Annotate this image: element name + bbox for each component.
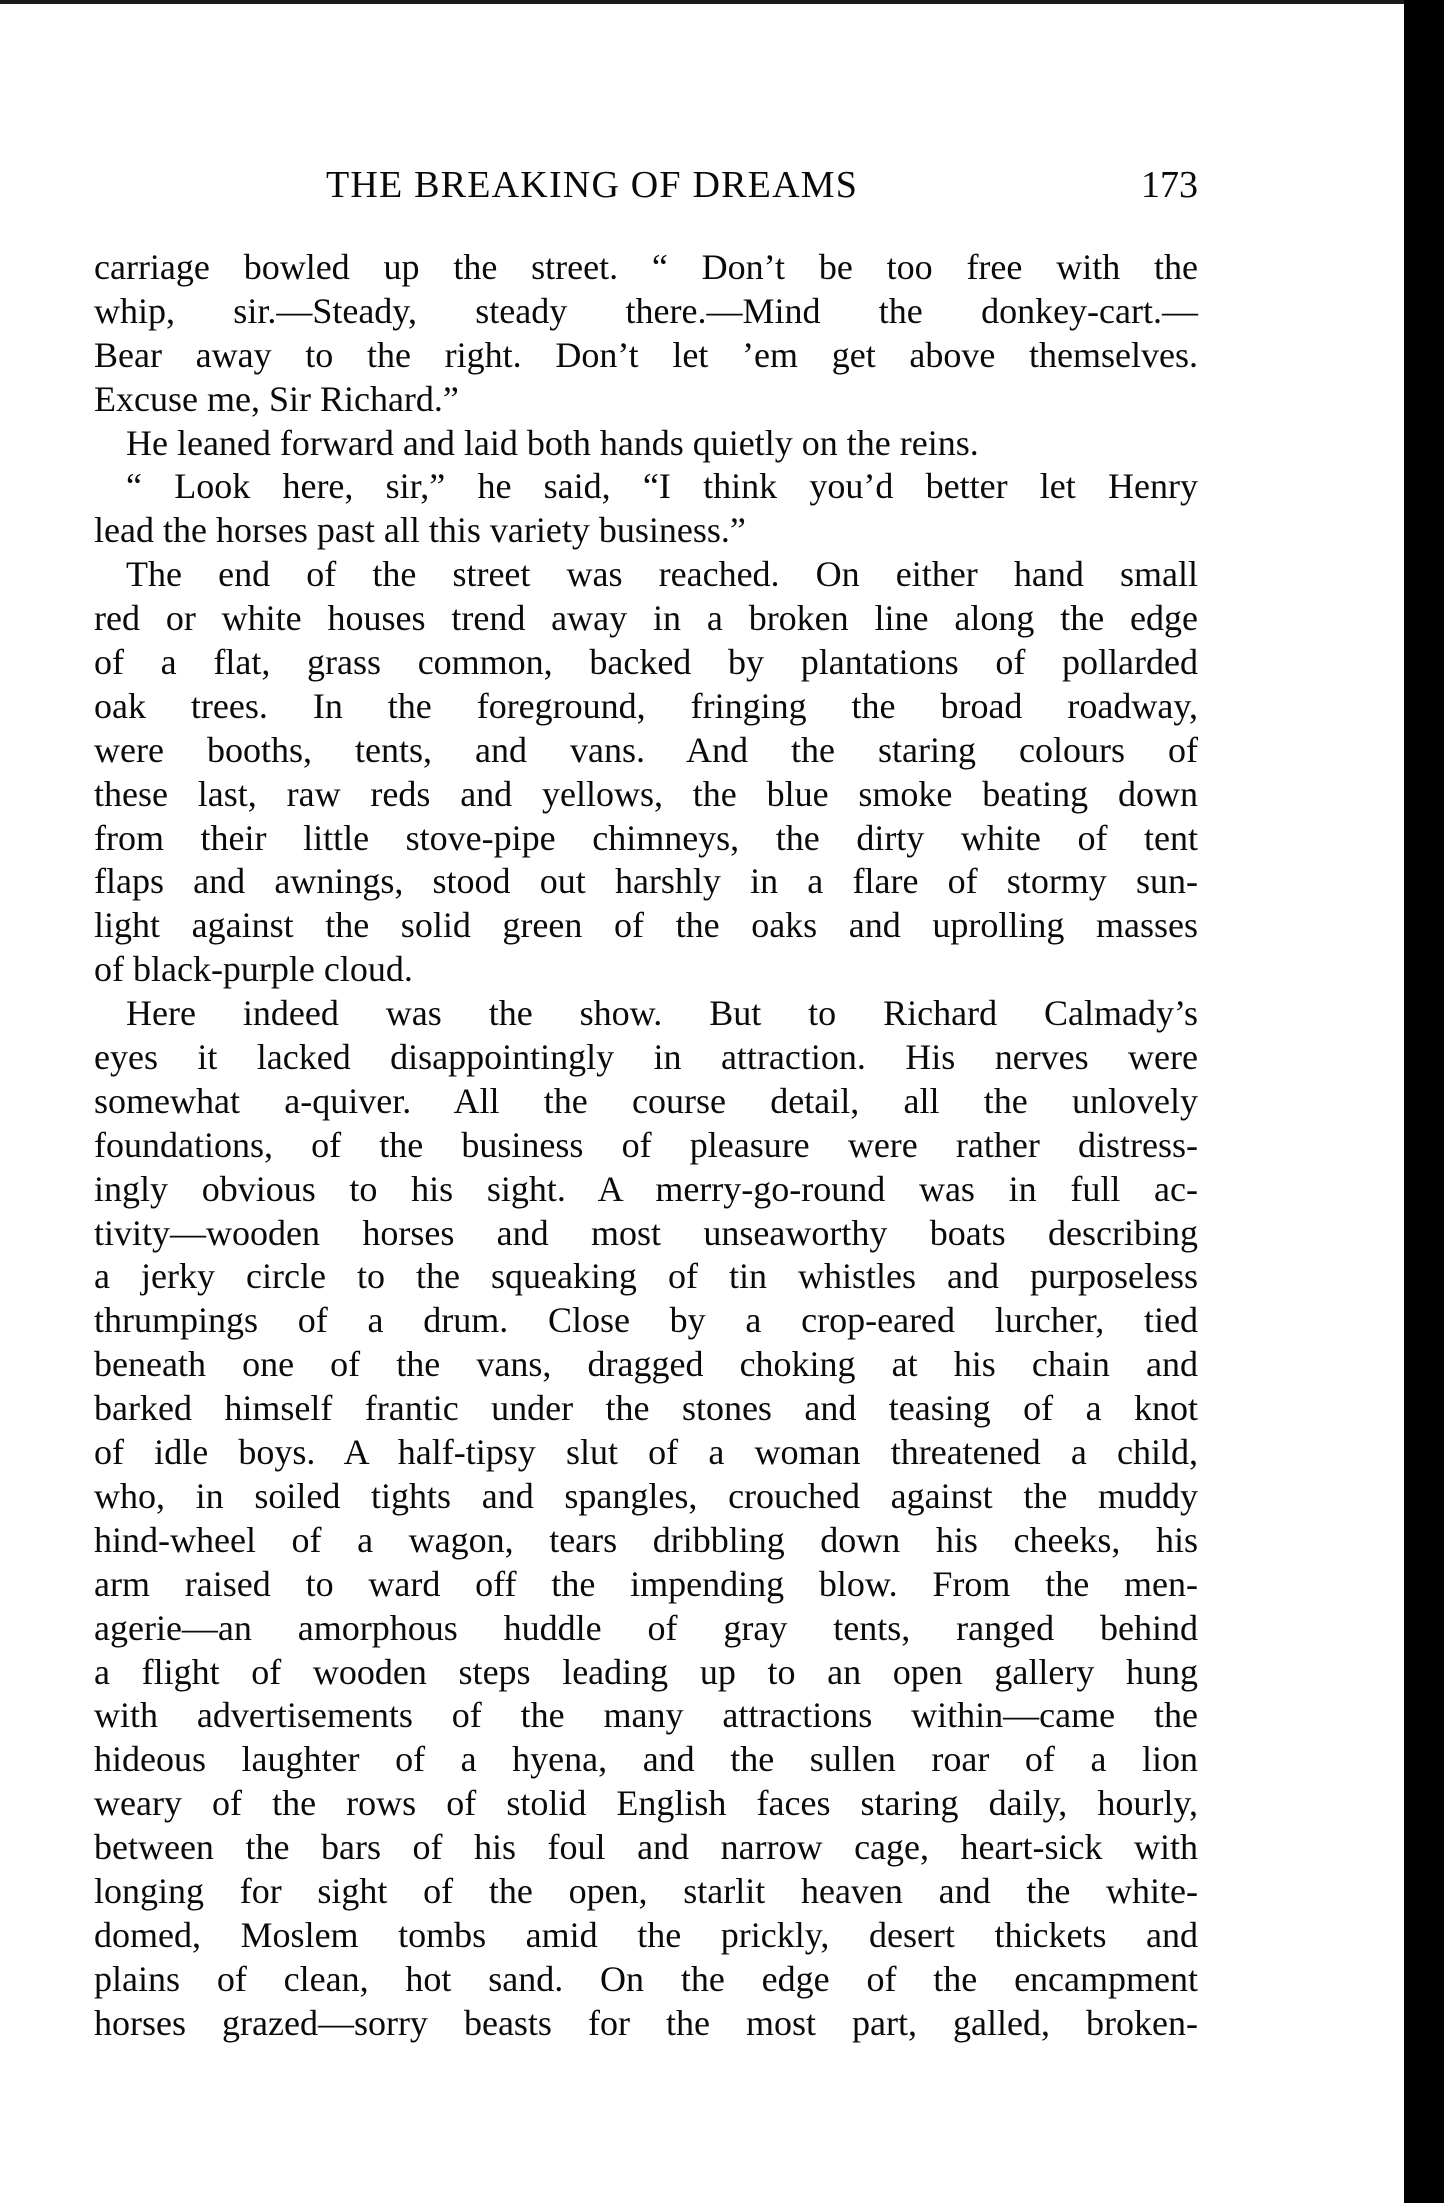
text-line: of black-purple cloud.: [94, 948, 1198, 992]
text-line: Excuse me, Sir Richard.”: [94, 378, 1198, 422]
text-line: between the bars of his foul and narrow …: [94, 1826, 1198, 1870]
text-line: of idle boys. A half-tipsy slut of a wom…: [94, 1431, 1198, 1475]
text-line: arm raised to ward off the impending blo…: [94, 1563, 1198, 1607]
text-line: agerie—an amorphous huddle of gray tents…: [94, 1607, 1198, 1651]
text-line: a flight of wooden steps leading up to a…: [94, 1651, 1198, 1695]
text-line: from their little stove-pipe chimneys, t…: [94, 817, 1198, 861]
text-line: tivity—wooden horses and most unseaworth…: [94, 1212, 1198, 1256]
body-text: carriage bowled up the street. “ Don’t b…: [94, 246, 1198, 2046]
text-line: who, in soiled tights and spangles, crou…: [94, 1475, 1198, 1519]
text-line: were booths, tents, and vans. And the st…: [94, 729, 1198, 773]
text-line: of a flat, grass common, backed by plant…: [94, 641, 1198, 685]
text-line: carriage bowled up the street. “ Don’t b…: [94, 246, 1198, 290]
text-line: Bear away to the right. Don’t let ’em ge…: [94, 334, 1198, 378]
text-line: thrumpings of a drum. Close by a crop-ea…: [94, 1299, 1198, 1343]
text-line: “ Look here, sir,” he said, “I think you…: [94, 465, 1198, 509]
text-line: red or white houses trend away in a brok…: [94, 597, 1198, 641]
text-line: ingly obvious to his sight. A merry-go-r…: [94, 1168, 1198, 1212]
text-line: whip, sir.—Steady, steady there.—Mind th…: [94, 290, 1198, 334]
text-line: a jerky circle to the squeaking of tin w…: [94, 1255, 1198, 1299]
text-line: He leaned forward and laid both hands qu…: [94, 422, 1198, 466]
text-line: domed, Moslem tombs amid the prickly, de…: [94, 1914, 1198, 1958]
book-page: THE BREAKING OF DREAMS 173 carriage bowl…: [0, 0, 1404, 2203]
text-line: hideous laughter of a hyena, and the sul…: [94, 1738, 1198, 1782]
text-line: flaps and awnings, stood out harshly in …: [94, 860, 1198, 904]
text-line: lead the horses past all this variety bu…: [94, 509, 1198, 553]
text-line: these last, raw reds and yellows, the bl…: [94, 773, 1198, 817]
text-line: horses grazed—sorry beasts for the most …: [94, 2002, 1198, 2046]
text-line: The end of the street was reached. On ei…: [94, 553, 1198, 597]
running-title: THE BREAKING OF DREAMS: [326, 163, 858, 207]
text-line: weary of the rows of stolid English face…: [94, 1782, 1198, 1826]
text-line: longing for sight of the open, starlit h…: [94, 1870, 1198, 1914]
scan-right-edge: [1404, 0, 1444, 2203]
text-line: eyes it lacked disappointingly in attrac…: [94, 1036, 1198, 1080]
text-line: foundations, of the business of pleasure…: [94, 1124, 1198, 1168]
text-line: with advertisements of the many attracti…: [94, 1694, 1198, 1738]
page-number: 173: [1141, 163, 1198, 207]
text-line: oak trees. In the foreground, fringing t…: [94, 685, 1198, 729]
text-line: barked himself frantic under the stones …: [94, 1387, 1198, 1431]
text-line: somewhat a-quiver. All the course detail…: [94, 1080, 1198, 1124]
text-line: plains of clean, hot sand. On the edge o…: [94, 1958, 1198, 2002]
text-line: light against the solid green of the oak…: [94, 904, 1198, 948]
text-line: Here indeed was the show. But to Richard…: [94, 992, 1198, 1036]
text-line: beneath one of the vans, dragged choking…: [94, 1343, 1198, 1387]
running-head: THE BREAKING OF DREAMS 173: [326, 163, 1198, 207]
text-line: hind-wheel of a wagon, tears dribbling d…: [94, 1519, 1198, 1563]
